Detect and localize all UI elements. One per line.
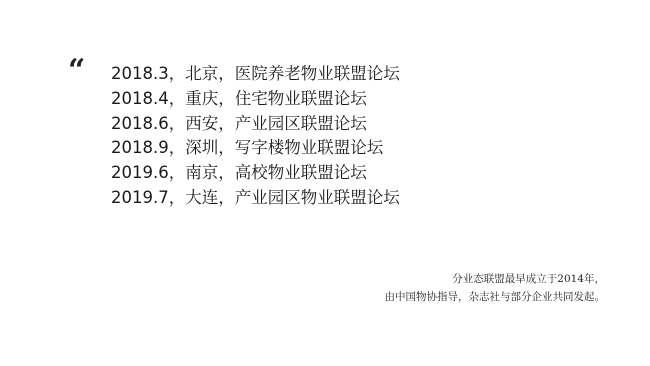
list-item: 2018.3，北京，医院养老物业联盟论坛 xyxy=(111,62,400,87)
list-item: 2018.4，重庆，住宅物业联盟论坛 xyxy=(111,87,400,112)
list-item: 2018.9，深圳，写字楼物业联盟论坛 xyxy=(111,136,400,161)
footnote-line-2: 由中国物协指导，杂志社与部分企业共同发起。 xyxy=(385,288,606,306)
list-item: 2018.6，西安，产业园区联盟论坛 xyxy=(111,112,400,137)
list-item: 2019.6，南京，高校物业联盟论坛 xyxy=(111,161,400,186)
footnote-line-1: 分业态联盟最早成立于2014年， xyxy=(385,270,606,288)
quote-mark-icon: “ xyxy=(68,56,85,86)
list-item: 2019.7，大连，产业园区物业联盟论坛 xyxy=(111,186,400,211)
footnote: 分业态联盟最早成立于2014年， 由中国物协指导，杂志社与部分企业共同发起。 xyxy=(385,270,606,306)
event-list: 2018.3，北京，医院养老物业联盟论坛 2018.4，重庆，住宅物业联盟论坛 … xyxy=(111,62,400,211)
